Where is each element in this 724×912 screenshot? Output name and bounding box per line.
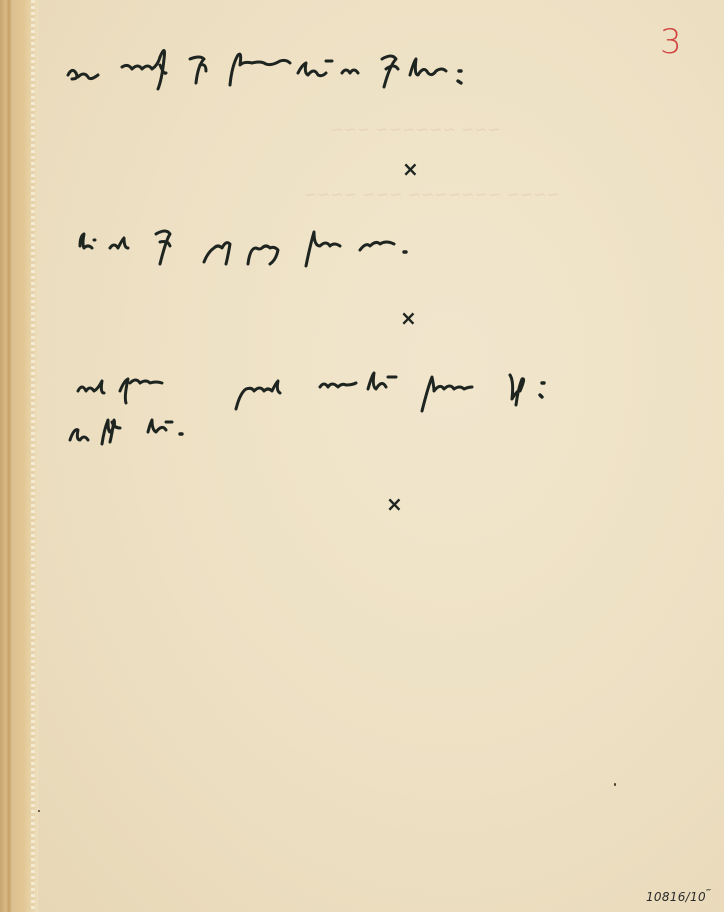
- perforation-edge: [31, 0, 35, 912]
- folio-number: 3: [660, 22, 682, 62]
- handwriting-line-1: [60, 45, 500, 105]
- archive-number-text: 10816/10: [646, 890, 706, 904]
- archive-number: 10816/10‴: [646, 888, 711, 904]
- ink-speck: [38, 810, 40, 812]
- section-separator-3: ×: [386, 494, 403, 514]
- handwriting-line-4: [62, 410, 202, 460]
- section-separator-1: ×: [402, 159, 419, 179]
- show-through-text: ~~~ ~~~~~~ ~~~: [330, 120, 501, 139]
- archive-mark: ‴: [706, 888, 712, 899]
- section-separator-2: ×: [400, 308, 417, 328]
- handwriting-line-2: [70, 222, 420, 282]
- ink-speck: [614, 783, 616, 786]
- show-through-text: ~~~~ ~~~~~~~ ~~~ ~~~~: [300, 185, 560, 204]
